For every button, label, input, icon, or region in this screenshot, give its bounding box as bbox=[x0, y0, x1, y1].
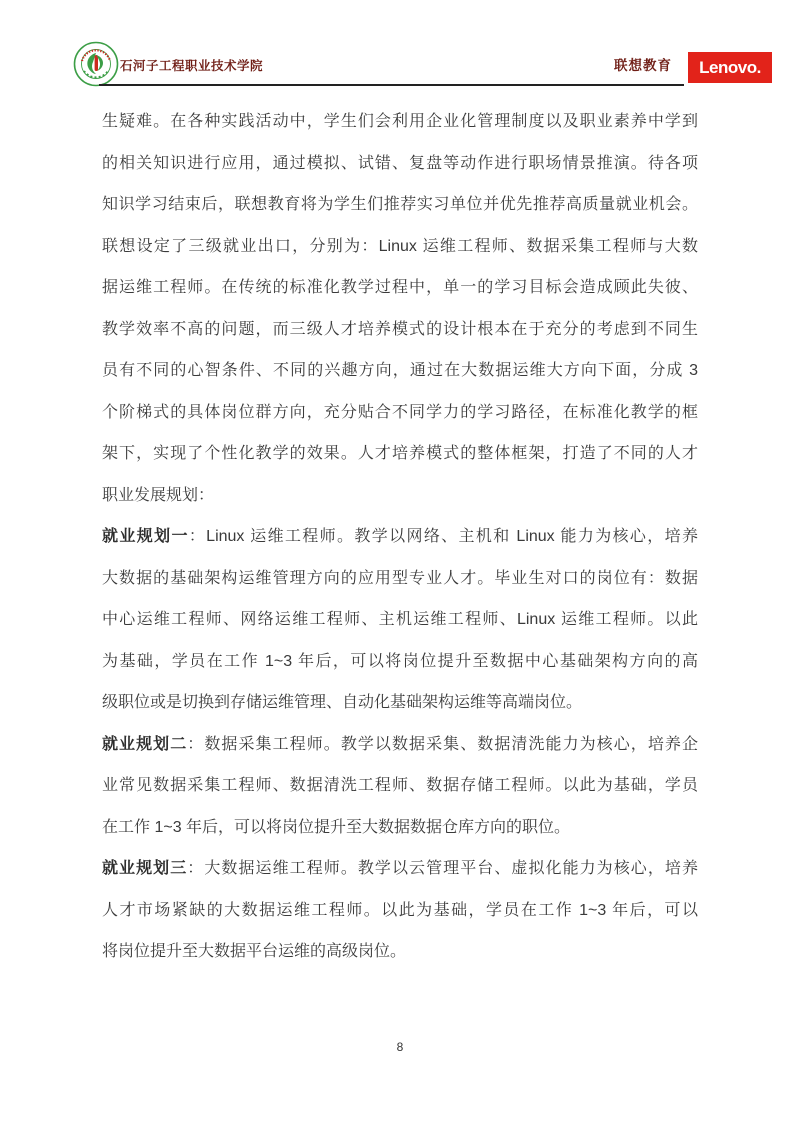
text-line: 为基础，学员在工作 1~3 年后，可以将岗位提升至数据中心基础架构方向的高 bbox=[102, 641, 698, 683]
text-line: 职业发展规划： bbox=[102, 475, 698, 517]
paragraph-text: ：大数据运维工程师。教学以云管理平台、虚拟化能力为核心，培养 bbox=[187, 860, 698, 877]
paragraph-lead: 就业规划一 bbox=[102, 528, 189, 545]
text-line: 在工作 1~3 年后，可以将岗位提升至大数据数据仓库方向的职位。 bbox=[102, 807, 698, 849]
text-line: 联想设定了三级就业出口，分别为：Linux 运维工程师、数据采集工程师与大数 bbox=[102, 226, 698, 268]
text-line: 人才市场紧缺的大数据运维工程师。以此为基础，学员在工作 1~3 年后，可以 bbox=[102, 890, 698, 932]
text-line: 个阶梯式的具体岗位群方向，充分贴合不同学力的学习路径，在标准化教学的框 bbox=[102, 392, 698, 434]
text-line: 生疑难。在各种实践活动中，学生们会利用企业化管理制度以及职业素养中学到 bbox=[102, 101, 698, 143]
text-line: 员有不同的心智条件、不同的兴趣方向，通过在大数据运维大方向下面，分成 3 bbox=[102, 350, 698, 392]
paragraph-text: ：Linux 运维工程师。教学以网络、主机和 Linux 能力为核心，培养 bbox=[189, 528, 698, 545]
text-line: 中心运维工程师、网络运维工程师、主机运维工程师、Linux 运维工程师。以此 bbox=[102, 599, 698, 641]
document-body: 生疑难。在各种实践活动中，学生们会利用企业化管理制度以及职业素养中学到的相关知识… bbox=[102, 101, 698, 973]
text-line: 就业规划三：大数据运维工程师。教学以云管理平台、虚拟化能力为核心，培养 bbox=[102, 848, 698, 890]
text-line: 业常见数据采集工程师、数据清洗工程师、数据存储工程师。以此为基础，学员 bbox=[102, 765, 698, 807]
college-name: 石河子工程职业技术学院 bbox=[120, 56, 263, 74]
lenovo-logo: Lenovo. bbox=[688, 52, 772, 83]
text-line: 教学效率不高的问题，而三级人才培养模式的设计根本在于充分的考虑到不同生 bbox=[102, 309, 698, 351]
brand-name: 联想教育 bbox=[614, 54, 672, 74]
header-rule bbox=[99, 84, 684, 86]
lenovo-wordmark: Lenovo. bbox=[699, 58, 761, 78]
paragraph-lead: 就业规划二 bbox=[102, 736, 187, 753]
page-number: 8 bbox=[0, 1040, 800, 1054]
text-line: 就业规划一：Linux 运维工程师。教学以网络、主机和 Linux 能力为核心，… bbox=[102, 516, 698, 558]
text-line: 将岗位提升至大数据平台运维的高级岗位。 bbox=[102, 931, 698, 973]
text-line: 就业规划二：数据采集工程师。教学以数据采集、数据清洗能力为核心，培养企 bbox=[102, 724, 698, 766]
paragraph-lead: 就业规划三 bbox=[102, 860, 187, 877]
text-line: 架下，实现了个性化教学的效果。人才培养模式的整体框架，打造了不同的人才 bbox=[102, 433, 698, 475]
text-line: 的相关知识进行应用，通过模拟、试错、复盘等动作进行职场情景推演。待各项 bbox=[102, 143, 698, 185]
text-line: 大数据的基础架构运维管理方向的应用型专业人才。毕业生对口的岗位有：数据 bbox=[102, 558, 698, 600]
text-line: 据运维工程师。在传统的标准化教学过程中，单一的学习目标会造成顾此失彼、 bbox=[102, 267, 698, 309]
paragraph-text: ：数据采集工程师。教学以数据采集、数据清洗能力为核心，培养企 bbox=[187, 736, 698, 753]
text-line: 级职位或是切换到存储运维管理、自动化基础架构运维等高端岗位。 bbox=[102, 682, 698, 724]
text-line: 知识学习结束后，联想教育将为学生们推荐实习单位并优先推荐高质量就业机会。 bbox=[102, 184, 698, 226]
document-page: 石河子工程职业技术学院 联想教育 Lenovo. 生疑难。在各种实践活动中，学生… bbox=[0, 0, 800, 1131]
college-seal-logo bbox=[73, 41, 119, 87]
